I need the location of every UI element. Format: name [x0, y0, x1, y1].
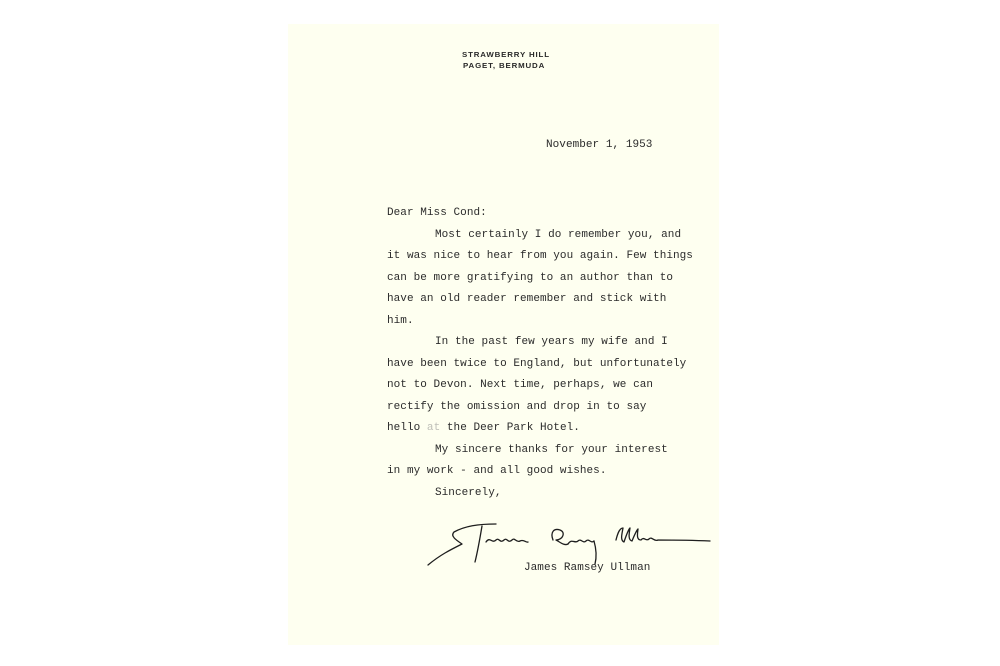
salutation: Dear Miss Cond:: [387, 207, 487, 219]
letterhead: STRAWBERRY HILL PAGET, BERMUDA: [462, 49, 550, 71]
body-line: him.: [387, 315, 414, 327]
body-line: Most certainly I do remember you, and: [435, 229, 681, 241]
letter-date: November 1, 1953: [546, 139, 652, 151]
body-line: rectify the omission and drop in to say: [387, 401, 646, 413]
body-line: have an old reader remember and stick wi…: [387, 293, 666, 305]
body-line: can be more gratifying to an author than…: [387, 272, 673, 284]
letterhead-line2: PAGET, BERMUDA: [463, 60, 550, 71]
body-line: in my work - and all good wishes.: [387, 465, 607, 477]
body-line: not to Devon. Next time, perhaps, we can: [387, 379, 653, 391]
smudged-word: at: [427, 422, 440, 434]
body-line: In the past few years my wife and I: [435, 336, 668, 348]
typed-signature-name: James Ramsey Ullman: [524, 562, 650, 574]
hello-after: the Deer Park Hotel.: [440, 422, 580, 434]
body-line: it was nice to hear from you again. Few …: [387, 250, 693, 262]
body-line: have been twice to England, but unfortun…: [387, 358, 686, 370]
body-line-hello: hello at the Deer Park Hotel.: [387, 422, 580, 434]
closing: Sincerely,: [435, 487, 502, 499]
letterhead-line1: STRAWBERRY HILL: [462, 49, 550, 60]
body-line: My sincere thanks for your interest: [435, 444, 668, 456]
hello-before: hello: [387, 422, 427, 434]
page-background: STRAWBERRY HILL PAGET, BERMUDA November …: [0, 0, 1000, 666]
